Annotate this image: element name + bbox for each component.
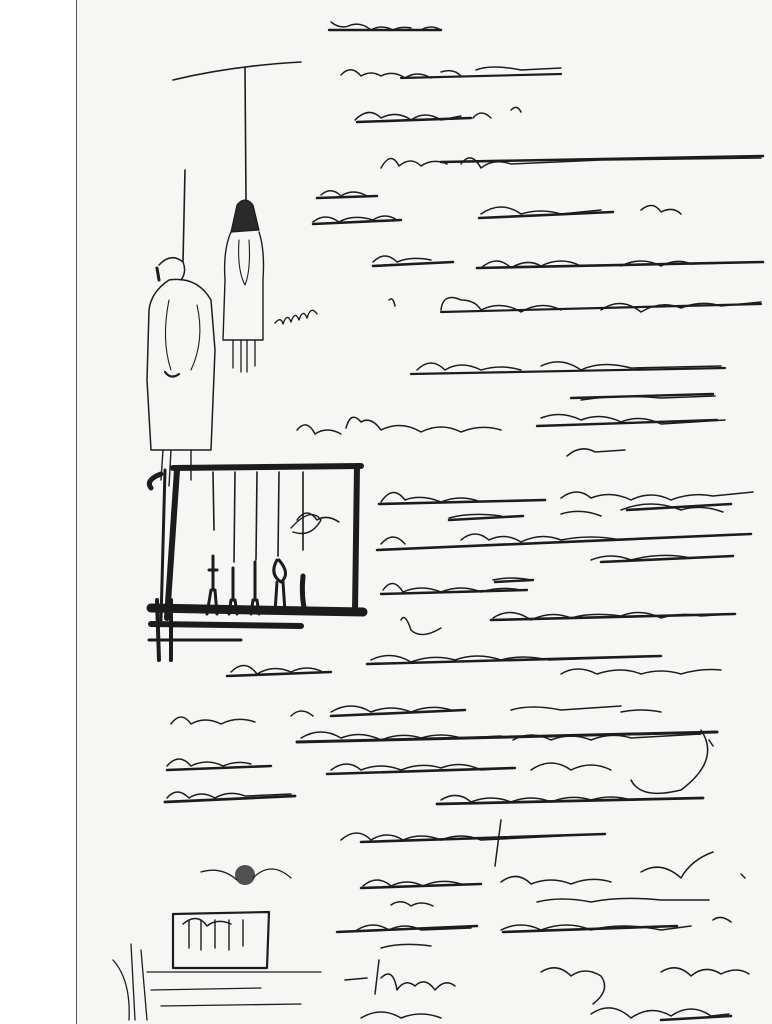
handwritten-text [165, 22, 763, 1020]
scaffold-with-bench [113, 865, 321, 1020]
hanged-figures-sketch [147, 62, 317, 486]
gallows-five-figures [149, 466, 363, 660]
hanged-figure-woman [223, 200, 264, 372]
manuscript-page: Handwritten draft page with ink sketches… [76, 0, 772, 1024]
manuscript-drawing [77, 0, 772, 1024]
hanged-figure-man [147, 258, 215, 486]
